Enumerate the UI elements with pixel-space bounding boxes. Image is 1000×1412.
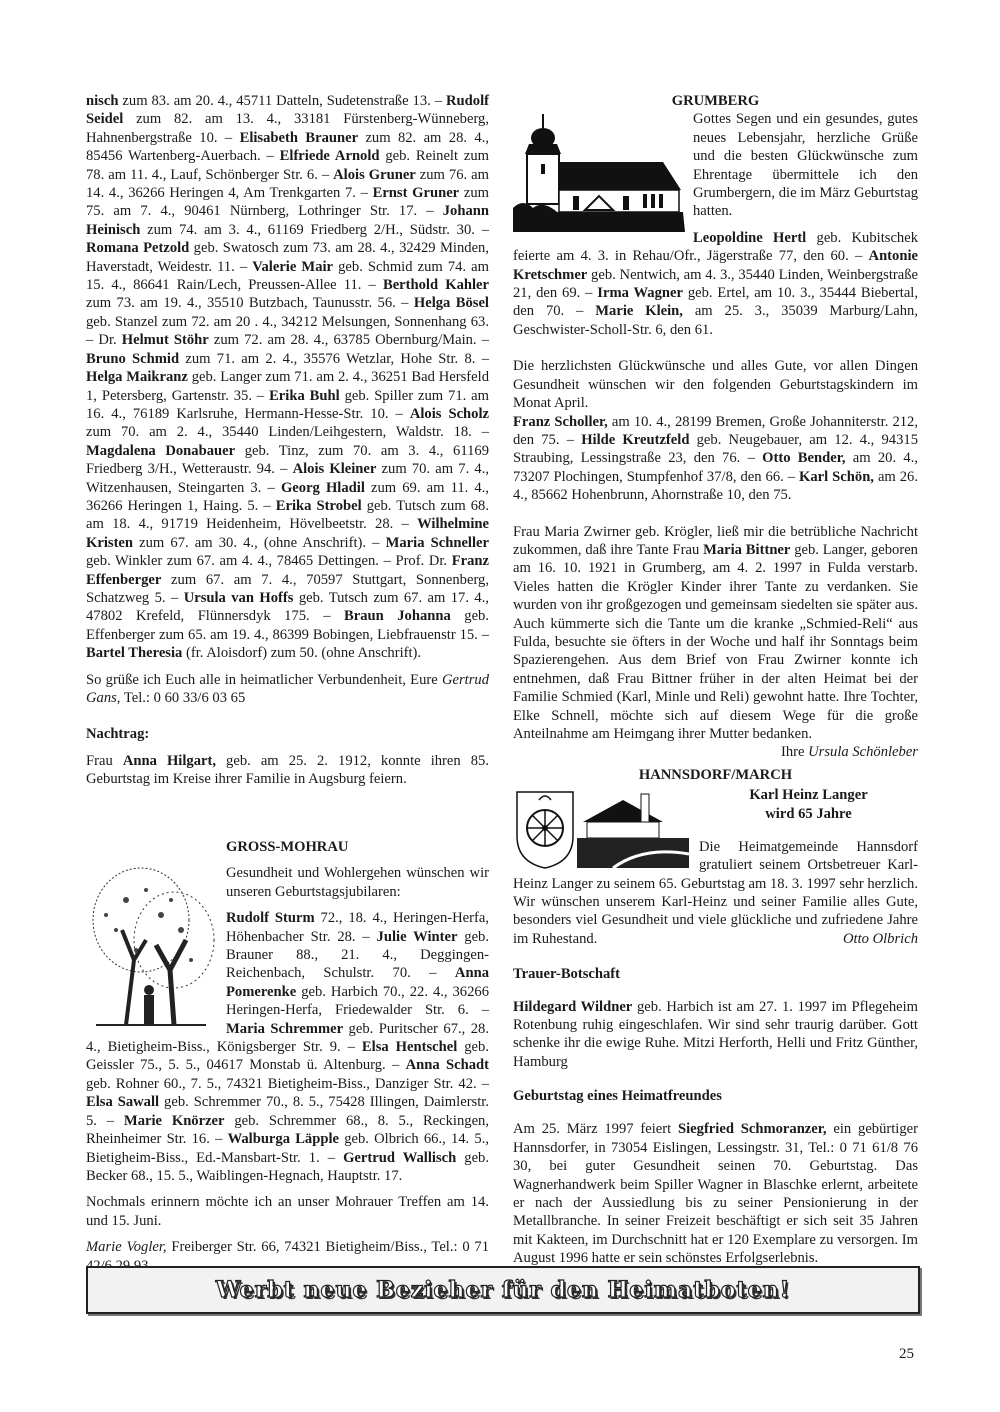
- person-name: nisch: [86, 93, 118, 109]
- person-details: zum 71. am 2. 4., 35576 Wetzlar, Hohe St…: [179, 351, 489, 367]
- person-name: Helga Maikranz: [86, 369, 188, 385]
- person-name: Maria Schneller: [386, 535, 489, 551]
- person-name: Elsa Hentschel: [362, 1039, 457, 1055]
- person-details: zum 74. am 3. 4., 61169 Friedberg 2/H., …: [140, 222, 489, 238]
- person-name: Rudolf Sturm: [226, 910, 315, 926]
- person-name: Erika Strobel: [276, 498, 362, 514]
- person-name: Ernst Gruner: [373, 185, 460, 201]
- gross-mohrau-reminder: Nochmals erinnern möchte ich an unser Mo…: [86, 1193, 489, 1230]
- greeting: So grüße ich Euch alle in heimatlicher V…: [86, 671, 489, 708]
- hannsdorf-images: [513, 786, 691, 870]
- person-details: zum 70. am 2. 4., 35440 Linden/Leihgeste…: [86, 424, 489, 440]
- person-name: Berthold Kahler: [383, 277, 489, 293]
- person-name: Helmut Stöhr: [122, 332, 209, 348]
- grumberg-april-intro: Die herzlichsten Glückwünsche und alles …: [513, 357, 918, 412]
- person-name: Valerie Mair: [252, 259, 333, 275]
- birthday-list: nisch zum 83. am 20. 4., 45711 Datteln, …: [86, 92, 489, 663]
- person-details: zum 72. am 28. 4., 63785 Obernburg/Main.…: [209, 332, 489, 348]
- person-name: Irma Wagner: [597, 285, 683, 301]
- gross-mohrau-section: GROSS-MOHRAU Gesundheit und Wohlergehen …: [86, 838, 489, 1283]
- person-name: Elisabeth Brauner: [240, 130, 358, 146]
- person-details: zum 73. am 19. 4., 35510 Butzbach, Taunu…: [86, 295, 414, 311]
- person-name: Magdalena Donabauer: [86, 443, 235, 459]
- person-name: Romana Petzold: [86, 240, 189, 256]
- person-name: Hilde Kreutzfeld: [581, 432, 689, 448]
- person-name: Alois Gruner: [333, 167, 416, 183]
- hannsdorf-heading: HANNSDORF/MARCH: [513, 766, 918, 784]
- hannsdorf-section: HANNSDORF/MARCH Karl Heinz Langer wird 6…: [513, 766, 918, 1282]
- person-name: Walburga Läpple: [228, 1131, 339, 1147]
- grumberg-april-list: Franz Scholler, am 10. 4., 28199 Bremen,…: [513, 413, 918, 505]
- person-name: Braun Johanna: [344, 608, 451, 624]
- person-name: Helga Bösel: [414, 295, 489, 311]
- trauer-heading: Trauer-Botschaft: [513, 965, 918, 983]
- person-name: Marie Klein,: [595, 303, 683, 319]
- person-details: (fr. Aloisdorf) zum 50. (ohne Anschrift)…: [182, 645, 421, 661]
- person-name: Erika Buhl: [269, 388, 340, 404]
- person-details: zum 83. am 20. 4., 45711 Datteln, Sudete…: [118, 93, 446, 109]
- left-column: nisch zum 83. am 20. 4., 45711 Datteln, …: [86, 92, 489, 797]
- person-name: Bartel Theresia: [86, 645, 182, 661]
- geburtstag-heading: Geburtstag eines Heimatfreundes: [513, 1087, 918, 1105]
- grumberg-signature: Ihre Ursula Schönleber: [513, 743, 918, 761]
- person-name: Franz Scholler,: [513, 414, 608, 430]
- person-details: zum 67. am 30. 4., (ohne Anschrift). –: [133, 535, 386, 551]
- person-name: Marie Knörzer: [124, 1113, 225, 1129]
- grumberg-section: GRUMBERG Gottes Segen und ein gesundes, …: [513, 92, 918, 770]
- person-name: Anna Schadt: [406, 1057, 489, 1073]
- person-details: geb. Rohner 60., 7. 5., 74321 Bietigheim…: [86, 1076, 489, 1092]
- church-illustration-icon: [513, 112, 685, 232]
- person-name: Georg Hladil: [281, 480, 365, 496]
- person-name: Maria Schremmer: [226, 1021, 343, 1037]
- gross-mohrau-heading: GROSS-MOHRAU: [86, 838, 489, 856]
- page-number: 25: [899, 1346, 914, 1363]
- grumberg-obituary: Frau Maria Zwirner geb. Krögler, ließ mi…: [513, 523, 918, 744]
- person-name: Bruno Schmid: [86, 351, 179, 367]
- coat-of-arms-icon: [513, 786, 691, 870]
- person-name: Ursula van Hoffs: [184, 590, 294, 606]
- trauer-text: Hildegard Wildner geb. Harbich ist am 27…: [513, 998, 918, 1072]
- person-name: Alois Scholz: [410, 406, 489, 422]
- nachtrag-text: Frau Anna Hilgart, geb. am 25. 2. 1912, …: [86, 752, 489, 789]
- grumberg-march-list: Leopoldine Hertl geb. Kubitschek feierte…: [513, 229, 918, 339]
- person-name: Elsa Sawall: [86, 1094, 159, 1110]
- nachtrag-heading: Nachtrag:: [86, 725, 489, 743]
- person-name: Karl Schön,: [799, 469, 874, 485]
- person-name: Leopoldine Hertl: [693, 230, 806, 246]
- person-name: Julie Winter: [377, 929, 458, 945]
- person-details: geb. Winkler zum 67. am 4. 4., 78465 Det…: [86, 553, 452, 569]
- person-name: Alois Kleiner: [293, 461, 377, 477]
- advertising-banner: Werbt neue Bezieher für den Heimatboten!: [86, 1266, 920, 1314]
- person-name: Elfriede Arnold: [280, 148, 380, 164]
- person-name: Gertrud Wallisch: [343, 1150, 456, 1166]
- tree-illustration-icon: [86, 860, 218, 1028]
- grumberg-heading: GRUMBERG: [513, 92, 918, 110]
- banner-text: Werbt neue Bezieher für den Heimatboten!: [216, 1277, 790, 1303]
- geburtstag-text: Am 25. März 1997 feiert Siegfried Schmor…: [513, 1120, 918, 1267]
- person-name: Otto Bender,: [762, 450, 845, 466]
